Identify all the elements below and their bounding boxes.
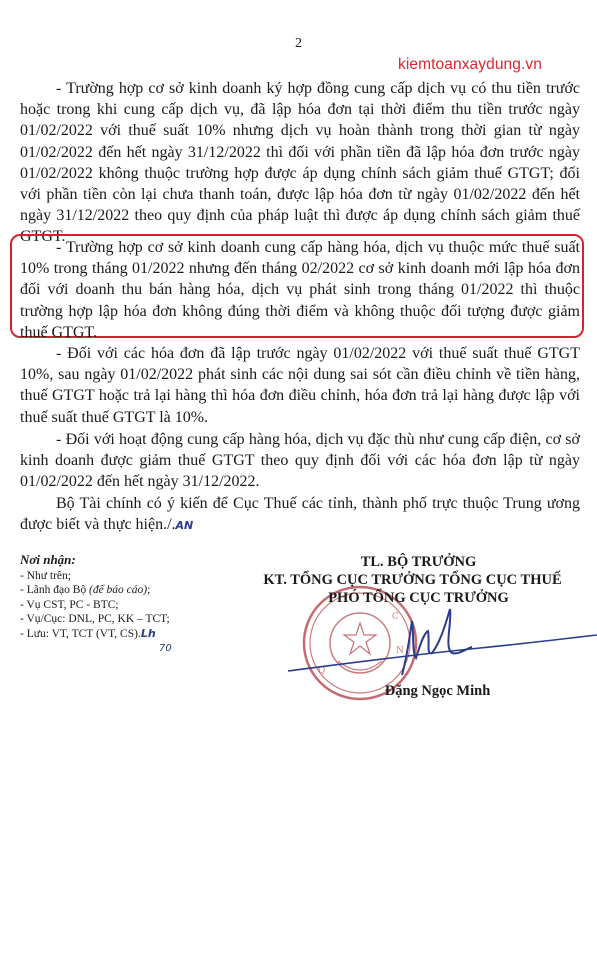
paragraph-text: - Đối với hoạt động cung cấp hàng hóa, d… <box>20 429 580 493</box>
recipients-title: Nơi nhận: <box>20 553 170 568</box>
handwritten-initials: Lh <box>141 627 156 640</box>
closing-text: Bộ Tài chính có ý kiến để Cục Thuế các t… <box>20 495 580 533</box>
paragraph-closing: Bộ Tài chính có ý kiến để Cục Thuế các t… <box>20 493 580 536</box>
paragraph-text: - Trường hợp cơ sở kinh doanh ký hợp đồn… <box>20 78 580 248</box>
recipient-note: (để báo cáo) <box>89 584 147 596</box>
handwritten-count: 70 <box>159 643 172 654</box>
recipient-item: - Lưu: VT, TCT (VT, CS).Lh <box>20 627 170 642</box>
recipient-suffix: ; <box>147 584 150 596</box>
paragraph-text: - Đối với các hóa đơn đã lập trước ngày … <box>20 343 580 428</box>
recipient-item: - Như trên; <box>20 569 170 584</box>
recipients-block: Nơi nhận: - Như trên; - Lãnh đạo Bộ (để … <box>20 553 170 642</box>
paragraph-text: - Trường hợp cơ sở kinh doanh cung cấp h… <box>20 237 580 343</box>
paragraph-adjustment-invoices: - Đối với các hóa đơn đã lập trước ngày … <box>20 343 580 428</box>
handwritten-initials: AN <box>176 519 194 532</box>
recipient-item: - Vụ/Cục: DNL, PC, KK – TCT; <box>20 612 170 627</box>
recipient-text: - Lưu: VT, TCT (VT, CS). <box>20 628 141 640</box>
signature-line-3: PHÓ TỔNG CỤC TRƯỞNG <box>240 589 597 607</box>
recipient-item: - Lãnh đạo Bộ (để báo cáo); <box>20 583 170 598</box>
paragraph-special-services: - Đối với hoạt động cung cấp hàng hóa, d… <box>20 429 580 493</box>
paragraph-service-contract: - Trường hợp cơ sở kinh doanh ký hợp đồn… <box>20 78 580 248</box>
signature-block: Q N C TL. BỘ TRƯỞNG KT. TỔNG CỤC TRƯỞNG … <box>240 553 597 713</box>
recipient-item: - Vụ CST, PC - BTC; <box>20 598 170 613</box>
paragraph-text: Bộ Tài chính có ý kiến để Cục Thuế các t… <box>20 493 580 536</box>
signature-line-2: KT. TỔNG CỤC TRƯỞNG TỔNG CỤC THUẾ <box>234 571 591 589</box>
recipient-text: - Lãnh đạo Bộ <box>20 584 89 596</box>
signature-line-1: TL. BỘ TRƯỞNG <box>240 553 597 571</box>
paragraph-highlighted-late-invoice: - Trường hợp cơ sở kinh doanh cung cấp h… <box>20 237 580 343</box>
signer-name: Đặng Ngọc Minh <box>240 683 597 700</box>
watermark: kiemtoanxaydung.vn <box>398 56 542 74</box>
page-number: 2 <box>0 36 597 52</box>
